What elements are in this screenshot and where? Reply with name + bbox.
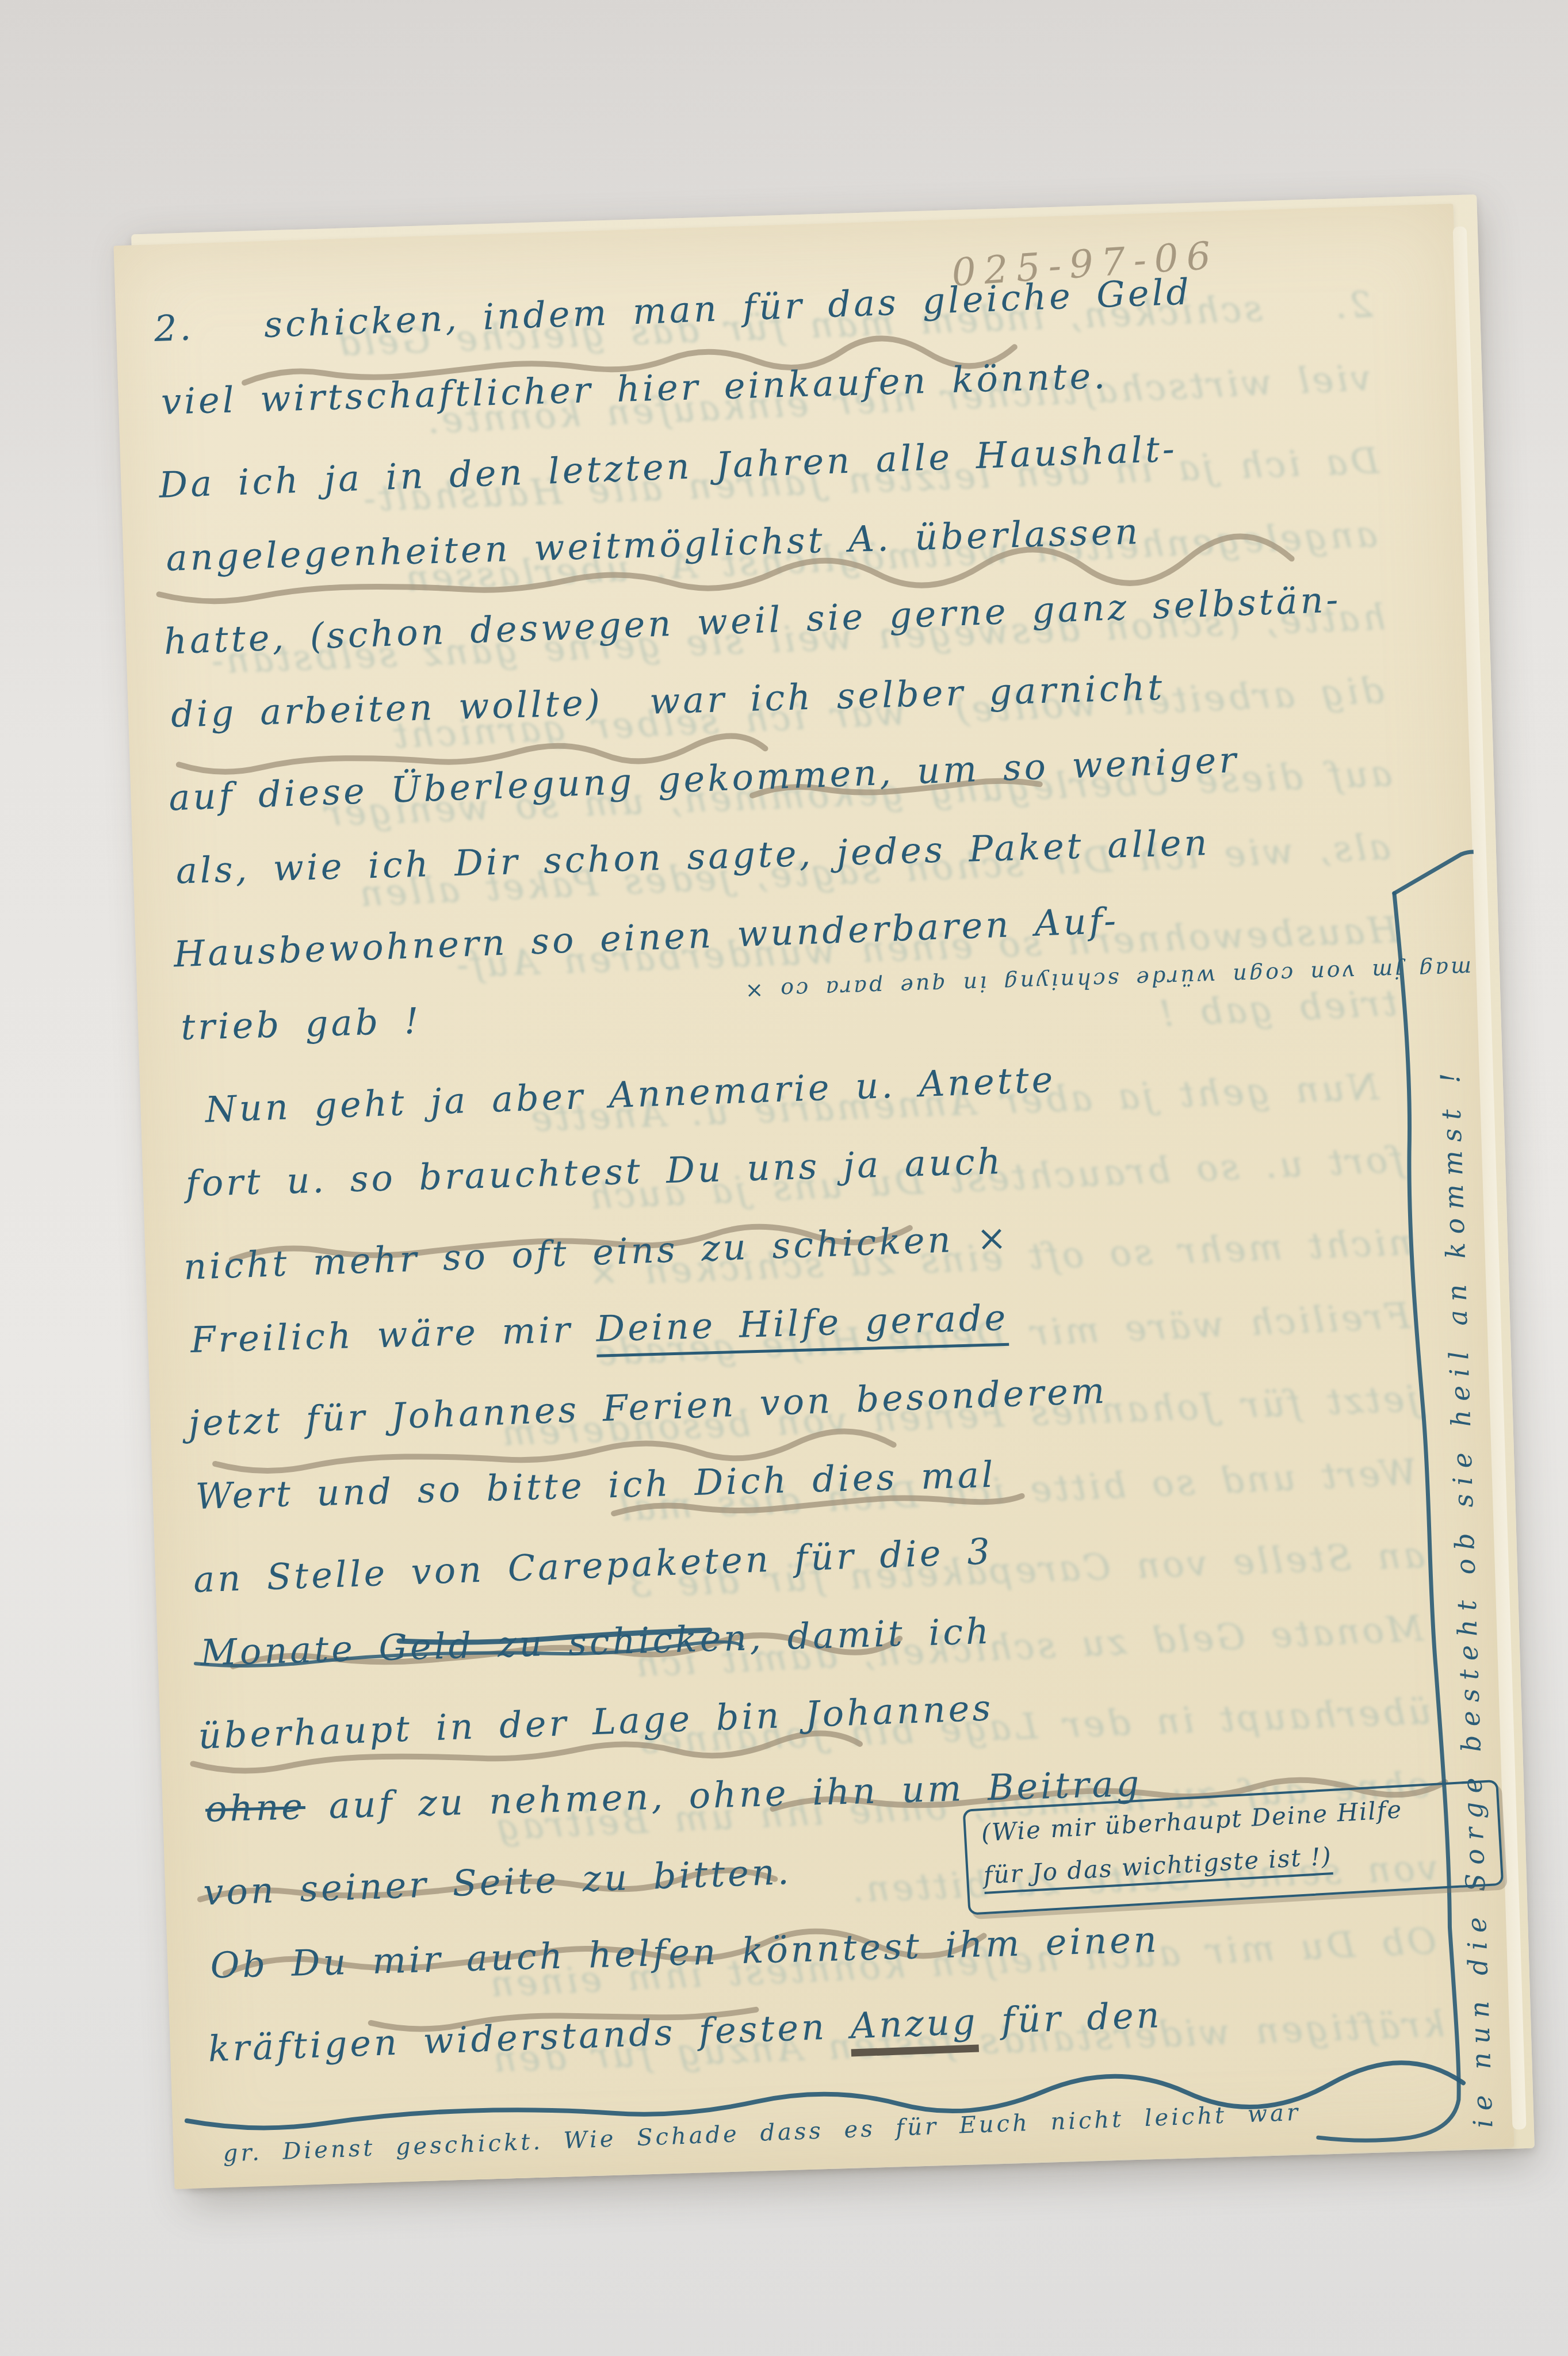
handwritten-segment-strike: ohne <box>205 1785 306 1830</box>
handwritten-segment: für Johannes <box>305 1389 580 1440</box>
letter-page: 2. schicken, indem man für das gleiche G… <box>113 204 1514 2189</box>
photo-of-letter: 2. schicken, indem man für das gleiche G… <box>0 0 1568 2356</box>
handwritten-segment: jetzt <box>188 1398 307 1444</box>
handwritten-segment-u-dark: Anzug <box>850 2001 979 2057</box>
handwritten-segment: für den <box>977 1994 1163 2042</box>
handwritten-segment: trieb gab ! <box>180 1000 422 1049</box>
handwritten-segment-u-ink: Deine Hilfe gerade <box>595 1296 1009 1357</box>
